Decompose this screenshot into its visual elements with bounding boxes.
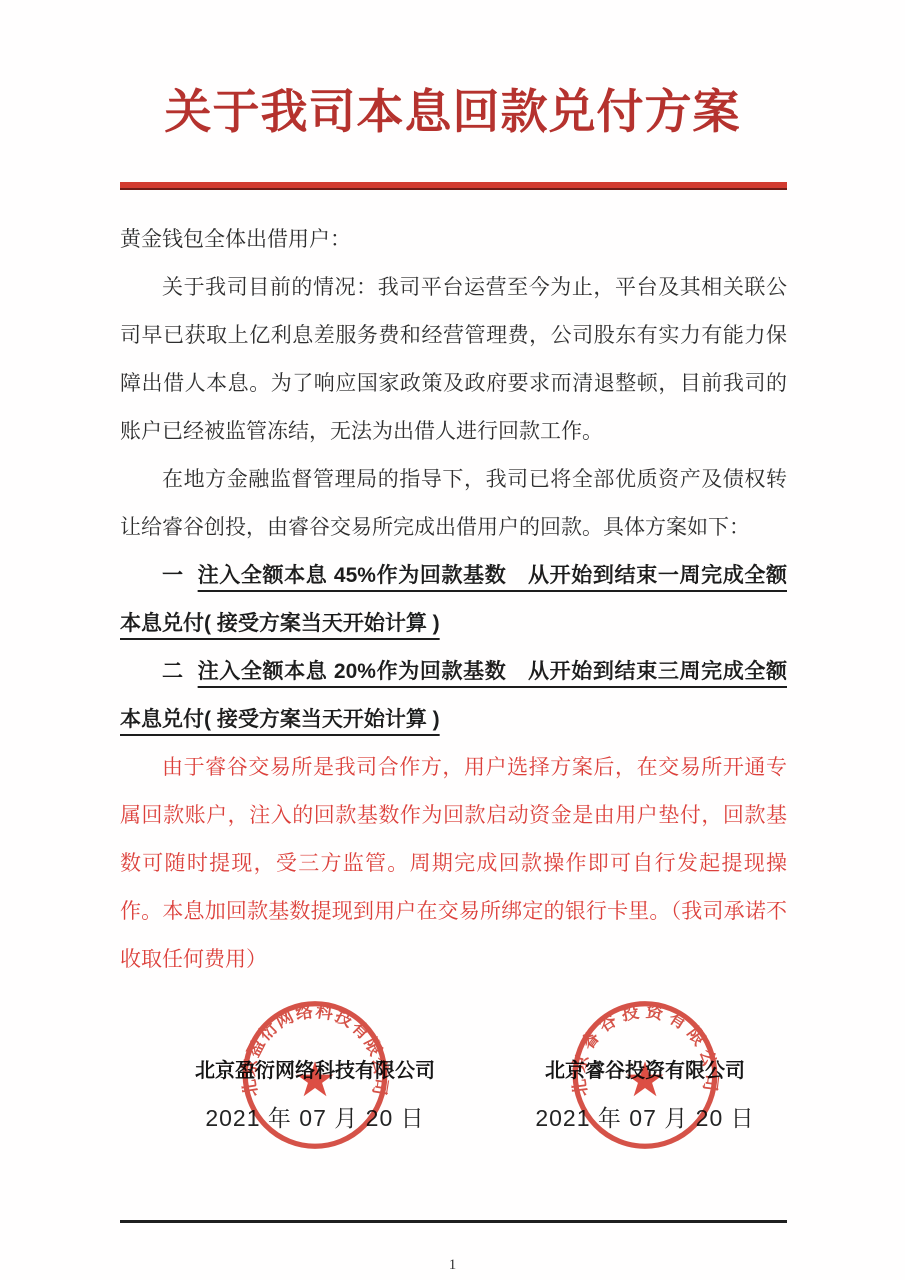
document-page: 关于我司本息回款兑付方案 黄金钱包全体出借用户： 关于我司目前的情况：我司平台运… — [0, 0, 905, 1280]
paragraph-red-notice: 由于睿谷交易所是我司合作方，用户选择方案后，在交易所开通专属回款账户，注入的回款… — [120, 744, 787, 984]
title-divider-rule — [120, 182, 787, 190]
document-body: 黄金钱包全体出借用户： 关于我司目前的情况：我司平台运营至今为止，平台及其相关联… — [120, 216, 787, 984]
signature-section: 北京盈衍网络科技有限公司 2021 年 07 月 20 日 北京盈衍网络科技有限… — [175, 996, 905, 1164]
page-number: 1 — [0, 1257, 905, 1274]
salutation-line: 黄金钱包全体出借用户： — [120, 216, 787, 264]
star-icon: ★ — [623, 1054, 666, 1107]
footer-divider-rule — [120, 1220, 787, 1223]
company-seal-stamp-icon: 北京盈衍网络科技有限公司 ★ — [240, 1000, 390, 1150]
star-icon: ★ — [293, 1054, 336, 1107]
plan-2-index: 二 — [162, 660, 184, 683]
signature-block-yingyan: 北京盈衍网络科技有限公司 2021 年 07 月 20 日 北京盈衍网络科技有限… — [175, 996, 455, 1164]
plan-option-2: 二注入全额本息 20%作为回款基数 从开始到结束三周完成全额本息兑付( 接受方案… — [120, 648, 787, 744]
plan-1-text: 注入全额本息 45%作为回款基数 从开始到结束一周完成全额本息兑付( 接受方案当… — [120, 564, 787, 635]
signature-block-ruigu: 北京睿谷投资有限公司 2021 年 07 月 20 日 北京睿谷投资有限公司 ★ — [505, 996, 785, 1164]
plan-option-1: 一注入全额本息 45%作为回款基数 从开始到结束一周完成全额本息兑付( 接受方案… — [120, 552, 787, 648]
document-title: 关于我司本息回款兑付方案 — [0, 0, 905, 146]
paragraph-current-situation: 关于我司目前的情况：我司平台运营至今为止，平台及其相关联公司早已获取上亿利息差服… — [120, 264, 787, 456]
plan-2-text: 注入全额本息 20%作为回款基数 从开始到结束三周完成全额本息兑付( 接受方案当… — [120, 660, 787, 731]
company-seal-stamp-icon: 北京睿谷投资有限公司 ★ — [570, 1000, 720, 1150]
plan-1-index: 一 — [162, 564, 184, 587]
paragraph-transfer-plan: 在地方金融监督管理局的指导下，我司已将全部优质资产及债权转让给睿谷创投，由睿谷交… — [120, 456, 787, 552]
